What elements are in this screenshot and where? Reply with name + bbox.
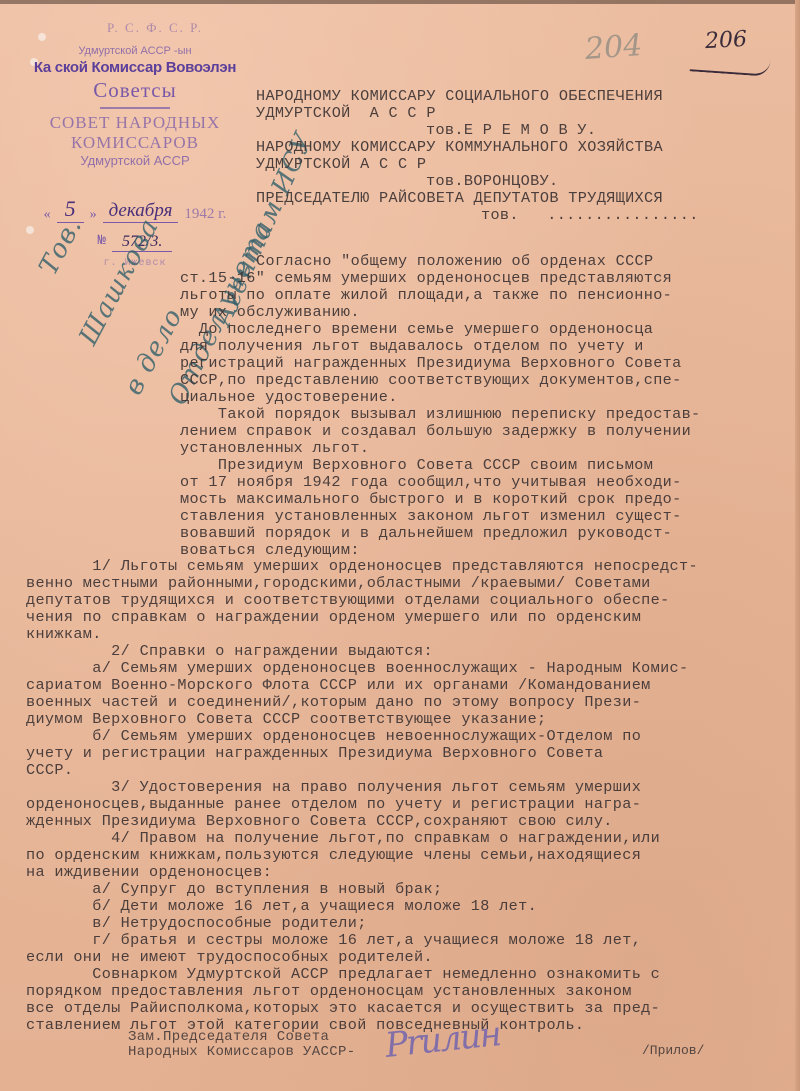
- body-line: Президиум Верховного Совета СССР своим п…: [180, 456, 653, 474]
- body-line: лением справок и создавал большую задерж…: [180, 422, 691, 440]
- body-line: регистраций награжденных Президиума Верх…: [180, 354, 682, 372]
- item-4-line: на иждивении орденоносцев:: [26, 863, 272, 881]
- page-number-new: 206: [704, 27, 747, 54]
- date-year: 1942 г.: [184, 206, 226, 223]
- addressee-1-line1: НАРОДНОМУ КОМИССАРУ СОЦИАЛЬНОГО ОБЕСПЕЧЕ…: [256, 87, 663, 105]
- item-4-line: 4/ Правом на получение льгот,по справкам…: [26, 829, 660, 847]
- addressee-1-line2: УДМУРТСКОЙ А С С Р: [256, 104, 436, 122]
- body-intro: Согласно "общему положению об орденах СС…: [180, 253, 701, 559]
- item-2-line: а/ Семьям умерших орденоносцев военнослу…: [26, 659, 688, 677]
- body-line: Согласно "общему положению об орденах СС…: [180, 252, 654, 270]
- body-line: установленных льгот.: [180, 439, 369, 457]
- closing-line: все отделы Райисполкома,которых это каса…: [26, 999, 660, 1017]
- scan-top-edge: [0, 0, 800, 4]
- stamp-rule: [100, 107, 170, 109]
- signature-title: Зам.Председателя Совета Народных Комисса…: [128, 1030, 356, 1060]
- item-2-line: диумом Верховного Совета СССР соответств…: [26, 710, 547, 728]
- number-value: 572/3.: [112, 233, 172, 252]
- number-label: №: [98, 233, 106, 252]
- closing-line: Совнарком Удмуртской АССР предлагает нем…: [26, 965, 660, 983]
- page-number-old: 204: [584, 28, 644, 67]
- item-4-line: если они не имеют трудоспособных родител…: [26, 948, 433, 966]
- stamp-number: № 572/3.: [20, 233, 250, 252]
- item-2-line: СССР.: [26, 761, 73, 779]
- scan-right-edge: [795, 0, 800, 1091]
- addressee-2-line2: УДМУРТСКОЙ А С С Р: [256, 155, 426, 173]
- signature-title-line2: Народных Комиссаров УАССР-: [128, 1044, 356, 1060]
- stamp-date: « 5 » декабря 1942 г.: [20, 196, 250, 223]
- item-1-line: 1/ Льготы семьям умерших орденоносцев пр…: [26, 557, 698, 575]
- date-quote: »: [90, 207, 97, 223]
- body-line: ставления установленных законом льгот из…: [180, 507, 682, 525]
- closing-line: порядком предоставления льгот орденоносц…: [26, 982, 632, 1000]
- item-4-line: б/ Дети моложе 16 лет,а учащиеся моложе …: [26, 897, 537, 915]
- stamp-line-commissar: Ка ской Комиссар Вовоэлэн: [20, 59, 250, 76]
- item-1-line: чения по справкам о награждении орденом …: [26, 608, 641, 626]
- item-2-line: б/ Семьям умерших орденоносцев невоеннос…: [26, 727, 641, 745]
- signature-title-line1: Зам.Председателя Совета: [128, 1029, 329, 1045]
- body-line: циальное удостоверение.: [180, 388, 398, 406]
- body-line: му их обслуживанию.: [180, 303, 360, 321]
- item-1-line: депутатов трудящихся и соответствующими …: [26, 591, 670, 609]
- body-line: для получения льгот выдавалось отделом п…: [180, 337, 644, 355]
- body-line: ст.15-16" семьям умерших орденоносцев пр…: [180, 269, 672, 287]
- addressee-block: НАРОДНОМУ КОМИССАРУ СОЦИАЛЬНОГО ОБЕСПЕЧЕ…: [256, 88, 699, 224]
- addressee-1-tov: тов.Е Р Е М О В У.: [256, 121, 596, 139]
- signatory-name: /Прилов/: [642, 1043, 704, 1058]
- date-quote: «: [44, 207, 51, 223]
- body-line: СССР,по представлению соответствующих до…: [180, 371, 682, 389]
- date-day: 5: [57, 196, 84, 223]
- item-3-line: 3/ Удостоверения на право получения льго…: [26, 778, 641, 796]
- body-items: 1/ Льготы семьям умерших орденоносцев пр…: [26, 558, 698, 1034]
- item-2-line: 2/ Справки о награждении выдаются:: [26, 642, 433, 660]
- stamp-line-commissars: КОМИССАРОВ: [20, 133, 250, 153]
- body-line: мость максимального быстрого и в коротки…: [180, 490, 682, 508]
- item-4-line: а/ Супруг до вступления в новый брак;: [26, 880, 442, 898]
- addressee-3-line1: ПРЕДСЕДАТЕЛЮ РАЙСОВЕТА ДЕПУТАТОВ ТРУДЯЩИ…: [256, 189, 663, 207]
- body-line: До последнего времени семье умершего орд…: [180, 320, 653, 338]
- item-1-line: венно местными районными,городскими,обла…: [26, 574, 651, 592]
- body-line: от 17 ноября 1942 года сообщил,что учиты…: [180, 473, 682, 491]
- item-1-line: книжкам.: [26, 625, 102, 643]
- addressee-2-tov: тов.ВОРОНЦОВУ.: [256, 172, 559, 190]
- item-4-line: в/ Нетрудоспособные родители;: [26, 914, 367, 932]
- stamp-line-sovetsy: Советсы: [20, 78, 250, 103]
- item-2-line: сариатом Военно-Морского Флота СССР или …: [26, 676, 651, 694]
- body-line: вовавший порядок и в дальнейшем предложи…: [180, 524, 672, 542]
- addressee-2-line1: НАРОДНОМУ КОМИССАРУ КОММУНАЛЬНОГО ХОЗЯЙС…: [256, 138, 663, 156]
- item-4-line: г/ братья и сестры моложе 16 лет,а учащи…: [26, 931, 641, 949]
- item-3-line: жденных Президиума Верховного Совета ССС…: [26, 812, 613, 830]
- stamp-line-sovnarkom: СОВЕТ НАРОДНЫХ: [20, 113, 250, 133]
- body-line: Такой порядок вызывал излишнюю переписку…: [180, 405, 701, 423]
- item-4-line: по орденским книжкам,пользуются следующи…: [26, 846, 641, 864]
- item-2-line: учету и регистрации награжденных Президи…: [26, 744, 603, 762]
- stamp-republic: Р. С. Ф. С. Р.: [60, 20, 250, 36]
- letterhead-stamp: Р. С. Ф. С. Р. Удмуртской АССР -ын Ка ск…: [20, 20, 250, 269]
- stamp-line-assr: Удмуртской АССР: [20, 153, 250, 168]
- item-3-line: орденоносцев,выданные ранее отделом по у…: [26, 795, 641, 813]
- item-2-line: военных частей и соединений/,которым дан…: [26, 693, 641, 711]
- addressee-3-tov: тов. ................: [256, 206, 699, 224]
- date-month: декабря: [103, 200, 179, 223]
- stamp-line-udm: Удмуртской АССР -ын: [20, 45, 250, 57]
- body-line: льготы по оплате жилой площади,а также п…: [180, 286, 672, 304]
